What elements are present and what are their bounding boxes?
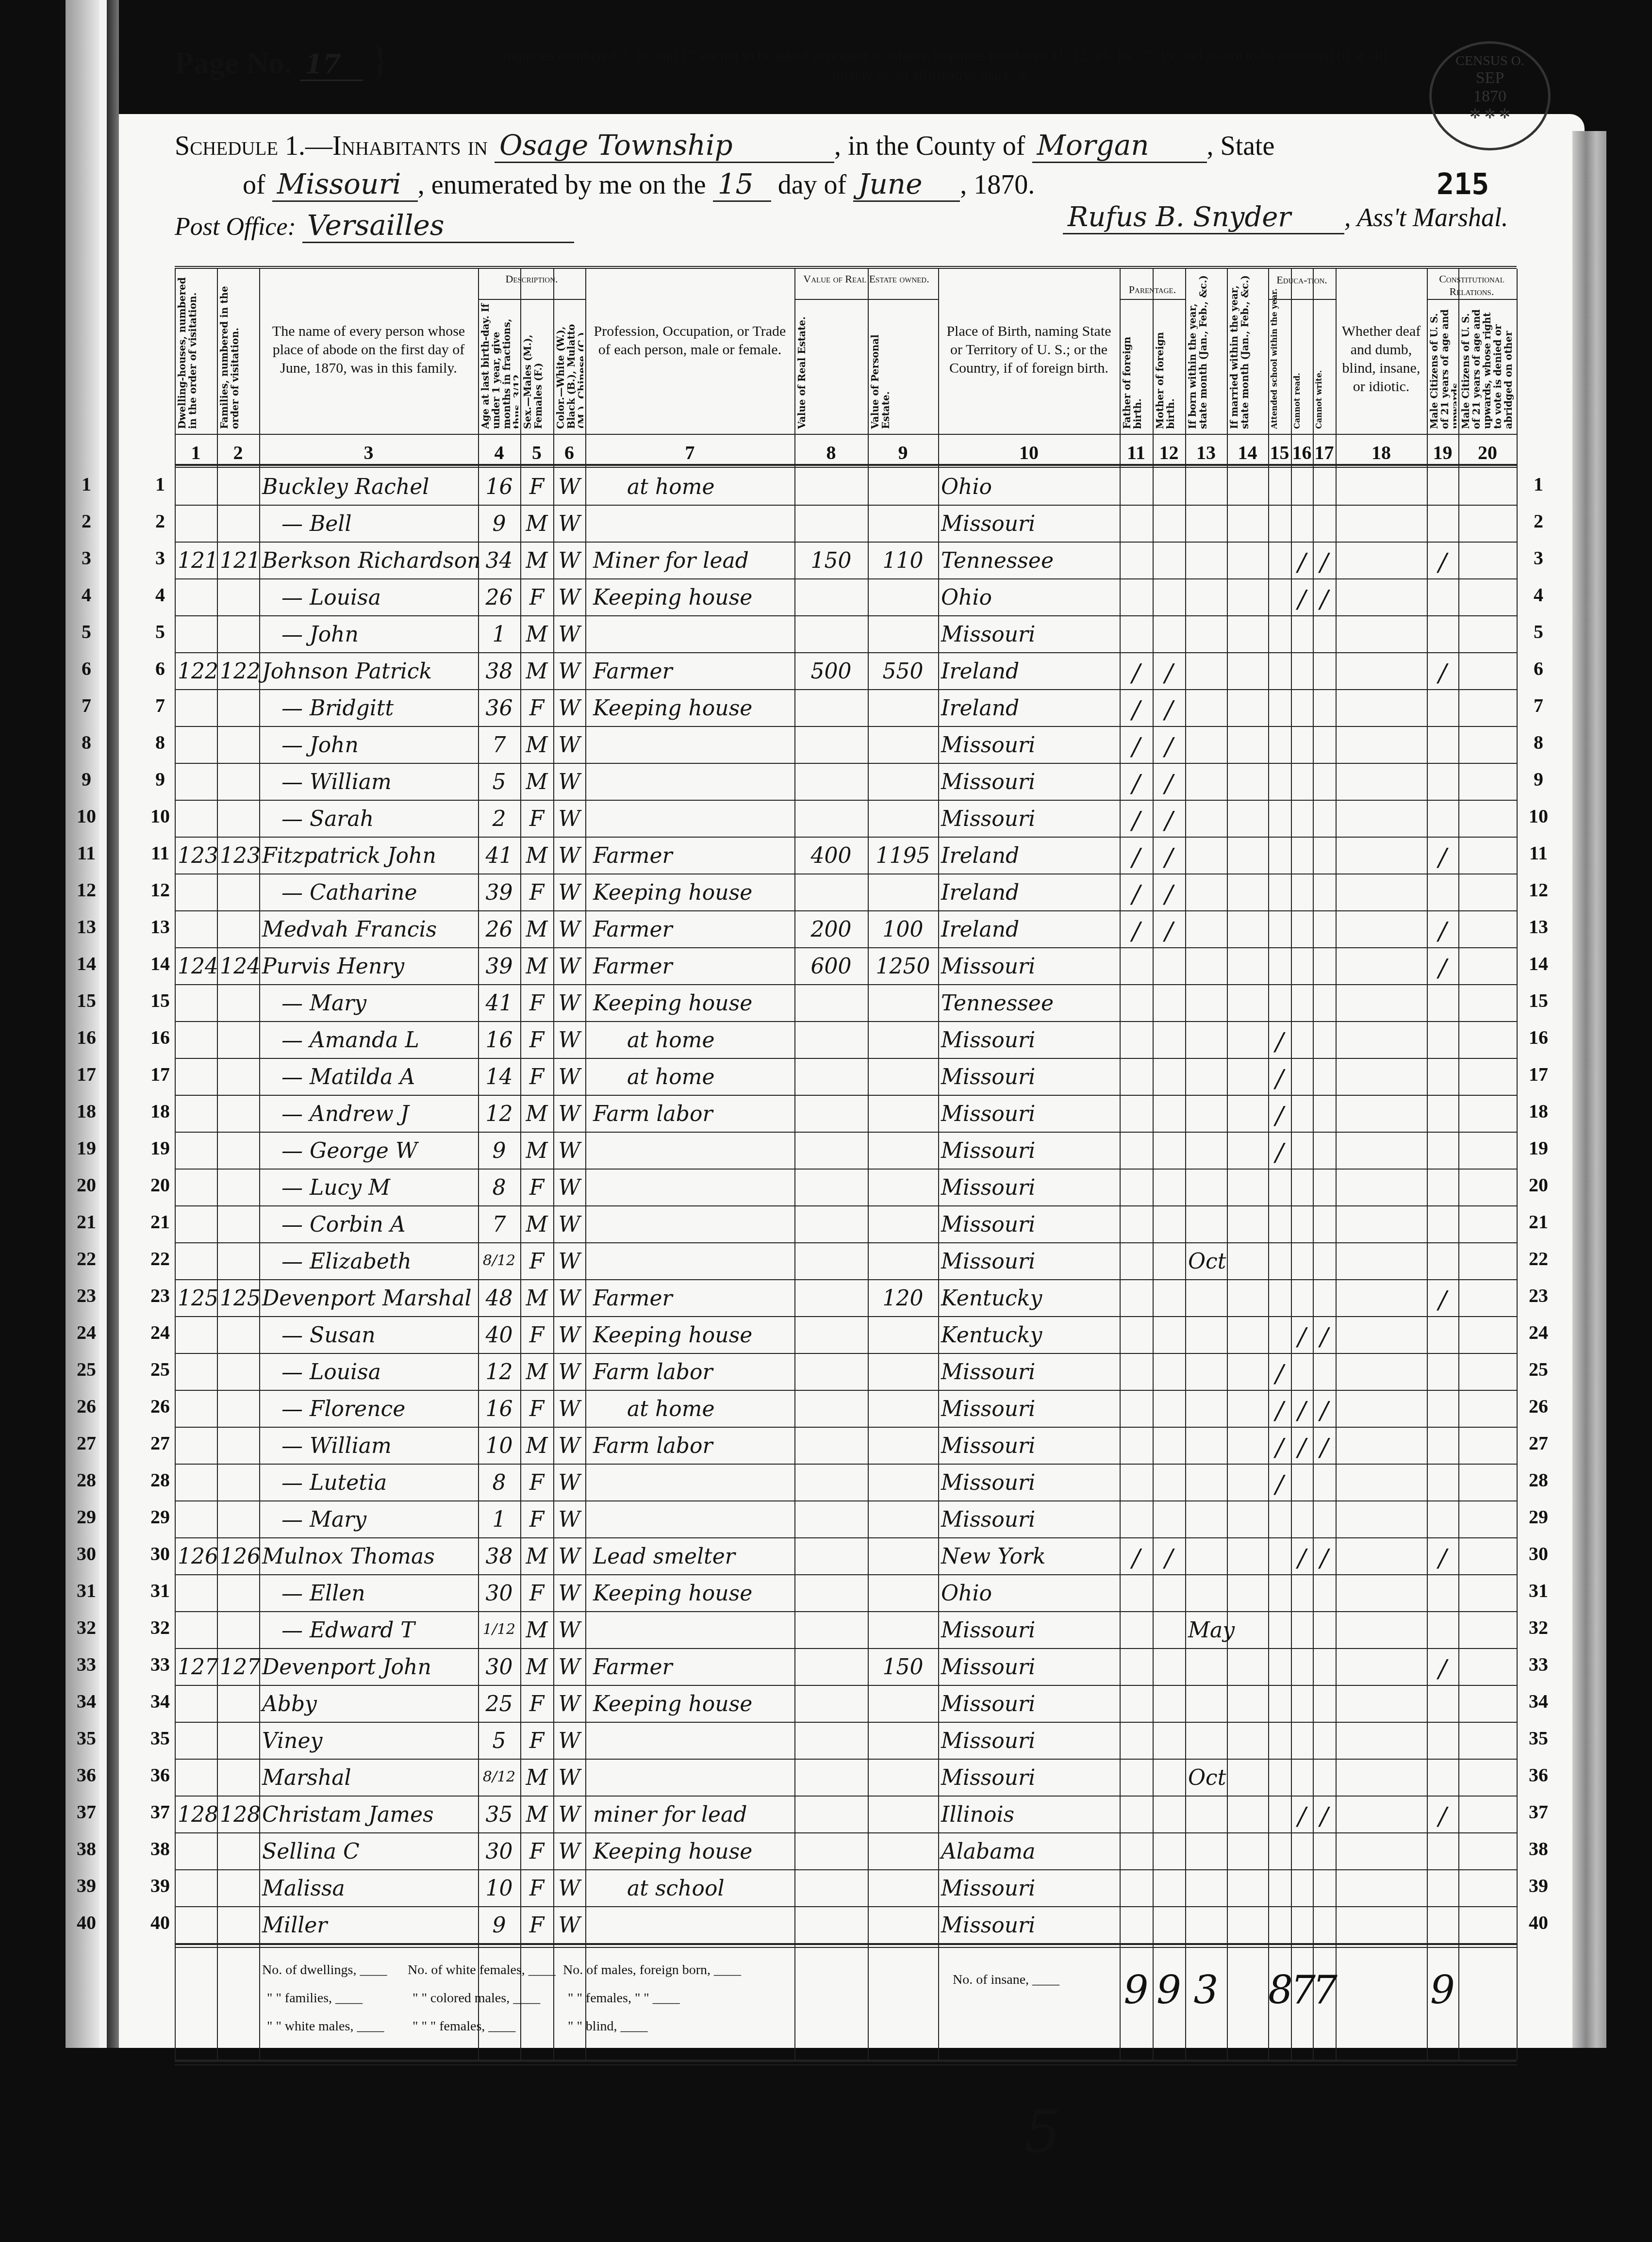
cell-name: Abby	[262, 1692, 475, 1716]
cell-age: 40	[481, 1323, 517, 1348]
cell-sex: M	[523, 917, 550, 942]
column-header-12: Mother of foreign birth.	[1155, 303, 1183, 429]
group-rule	[1427, 299, 1517, 300]
header-rule	[175, 467, 1517, 468]
row-rule	[175, 1464, 1517, 1465]
column-rule	[1153, 269, 1154, 2060]
cell-color: W	[556, 1212, 582, 1237]
line-number-strip: 18	[72, 1100, 101, 1122]
line-number-strip: 23	[72, 1284, 101, 1307]
line-number-left: 4	[146, 583, 175, 606]
cell-c19: /	[1430, 1655, 1455, 1683]
line-number-strip: 15	[72, 989, 101, 1012]
line-number-strip: 21	[72, 1210, 101, 1233]
column-rule	[868, 269, 869, 2060]
column-rule	[1336, 269, 1337, 2060]
cell-birthplace: Missouri	[941, 1913, 1117, 1938]
cell-family: 125	[220, 1286, 256, 1311]
cell-c11: /	[1123, 1544, 1150, 1572]
line-number-right: 13	[1524, 915, 1553, 938]
line-number-left: 40	[146, 1911, 175, 1934]
line-number-right: 16	[1524, 1026, 1553, 1049]
tally-c12: 9	[1153, 1967, 1185, 2012]
line-number-strip: 26	[72, 1395, 101, 1418]
cell-occupation: Farmer	[588, 843, 796, 868]
cell-color: W	[556, 1434, 582, 1458]
cell-birthplace: Missouri	[941, 1470, 1117, 1495]
column-number: 18	[1336, 441, 1427, 464]
line-number-right: 18	[1524, 1100, 1553, 1122]
cell-color: W	[556, 475, 582, 499]
cell-age: 36	[481, 696, 517, 721]
cell-c19: /	[1430, 1544, 1455, 1572]
cell-c16: /	[1294, 1323, 1310, 1351]
tally-c11: 9	[1120, 1967, 1153, 2012]
cell-c11: /	[1123, 843, 1150, 872]
cell-occupation: Keeping house	[588, 1581, 796, 1606]
cell-birthplace: Missouri	[941, 1102, 1117, 1126]
cell-dwelling: 126	[178, 1544, 214, 1569]
cell-name: — Matilda A	[262, 1065, 495, 1089]
cell-sex: M	[523, 1286, 550, 1311]
cell-birthplace: Missouri	[941, 1692, 1117, 1716]
cell-age: 10	[481, 1434, 517, 1458]
cell-occupation: Farmer	[588, 954, 796, 979]
row-rule	[175, 1242, 1517, 1243]
cell-c15: /	[1271, 1028, 1288, 1056]
cell-occupation: Keeping house	[588, 991, 796, 1016]
cell-age: 5	[481, 1729, 517, 1753]
row-rule	[175, 1132, 1517, 1133]
cell-color: W	[556, 1839, 582, 1864]
column-rule	[1517, 269, 1518, 2060]
cell-name: — William	[262, 770, 495, 794]
column-header-16: Cannot read.	[1293, 274, 1311, 429]
line-number-left: 6	[146, 657, 175, 680]
cell-birthplace: Ohio	[941, 585, 1117, 610]
cell-occupation: Lead smelter	[588, 1544, 796, 1569]
cell-c12: /	[1156, 807, 1182, 835]
footer-families-label: " " families, ____	[267, 1991, 363, 2006]
column-number: 19	[1427, 441, 1458, 464]
line-number-right: 19	[1524, 1137, 1553, 1159]
census-office-stamp: CENSUS O. SEP 1870 ✲ ✲ ✲	[1429, 41, 1551, 150]
cell-c15: /	[1271, 1434, 1288, 1462]
line-number-strip: 28	[72, 1468, 101, 1491]
cell-name: Malissa	[262, 1876, 475, 1901]
line-number-strip: 19	[72, 1137, 101, 1159]
cell-color: W	[556, 733, 582, 758]
cell-color: W	[556, 1065, 582, 1089]
line-number-left: 14	[146, 952, 175, 975]
cell-birthplace: Ireland	[941, 917, 1117, 942]
column-rule	[1185, 269, 1186, 2060]
row-rule	[175, 1537, 1517, 1538]
line-number-left: 17	[146, 1063, 175, 1086]
column-rule	[1427, 269, 1428, 2060]
group-heading-description: Description.	[478, 273, 585, 285]
row-rule	[175, 763, 1517, 764]
column-header-10: Place of Birth, naming State or Territor…	[943, 322, 1115, 378]
line-number-right: 24	[1524, 1321, 1553, 1344]
cell-c12: /	[1156, 733, 1182, 761]
cell-personal: 110	[871, 548, 935, 573]
line-number-left: 28	[146, 1468, 175, 1491]
cell-age: 10	[481, 1876, 517, 1901]
cell-family: 122	[220, 659, 256, 684]
cell-name: — Corbin A	[262, 1212, 495, 1237]
cell-birthplace: Alabama	[941, 1839, 1117, 1864]
cell-occupation: Miner for lead	[588, 548, 796, 573]
line-number-left: 1	[146, 473, 175, 495]
cell-color: W	[556, 511, 582, 536]
cell-age: 9	[481, 1913, 517, 1938]
cell-name: — William	[262, 1434, 495, 1458]
cell-name: — Catharine	[262, 880, 495, 905]
column-header-15: Attended school within the year.	[1270, 274, 1289, 429]
row-rule	[175, 1832, 1517, 1833]
column-header-14: If married within the year, state month …	[1229, 274, 1266, 429]
cell-color: W	[556, 1286, 582, 1311]
cell-c16: /	[1294, 1397, 1310, 1425]
line-number-right: 5	[1524, 620, 1553, 643]
line-number-left: 35	[146, 1727, 175, 1749]
cell-birthplace: Ohio	[941, 1581, 1117, 1606]
cell-age: 12	[481, 1102, 517, 1126]
cell-birthplace: Ireland	[941, 696, 1117, 721]
cell-age: 48	[481, 1286, 517, 1311]
cell-sex: M	[523, 1655, 550, 1680]
footer-foreign-females-label: " " females, " " ____	[568, 1991, 680, 2006]
footer-rule	[175, 2064, 1517, 2065]
row-rule	[175, 984, 1517, 985]
line-number-left: 25	[146, 1358, 175, 1381]
line-number-right: 15	[1524, 989, 1553, 1012]
cell-occupation: miner for lead	[588, 1802, 796, 1827]
instructions: ☞ Inquiries numbered 7, 16, and 17 are n…	[403, 46, 1470, 85]
cell-name: Viney	[262, 1729, 475, 1753]
row-rule	[175, 874, 1517, 874]
line-number-left: 37	[146, 1800, 175, 1823]
cell-c19: /	[1430, 1802, 1455, 1830]
day-field: 15	[713, 167, 771, 202]
column-number: 5	[520, 441, 553, 464]
line-number-left: 27	[146, 1432, 175, 1454]
cell-c17: /	[1316, 585, 1333, 613]
cell-birthplace: Missouri	[941, 770, 1117, 794]
row-rule	[175, 947, 1517, 948]
cell-occupation: Keeping house	[588, 880, 796, 905]
cell-age: 9	[481, 1138, 517, 1163]
row-rule	[175, 615, 1517, 616]
cell-c19: /	[1430, 548, 1455, 577]
line-number-right: 22	[1524, 1247, 1553, 1270]
cell-birthplace: Tennessee	[941, 548, 1117, 573]
line-number-right: 7	[1524, 694, 1553, 717]
cell-birthplace: Ireland	[941, 659, 1117, 684]
cell-occupation: Farmer	[588, 1655, 796, 1680]
column-number: 10	[938, 441, 1120, 464]
header-rule	[175, 464, 1517, 466]
cell-name: Miller	[262, 1913, 475, 1938]
cell-dwelling: 122	[178, 659, 214, 684]
cell-age: 34	[481, 548, 517, 573]
cell-c19: /	[1430, 1286, 1455, 1314]
cell-name: Buckley Rachel	[262, 475, 475, 499]
line-number-right: 6	[1524, 657, 1553, 680]
line-number-left: 15	[146, 989, 175, 1012]
cell-sex: F	[523, 585, 550, 610]
cell-color: W	[556, 585, 582, 610]
line-number-right: 28	[1524, 1468, 1553, 1491]
line-number-strip: 32	[72, 1616, 101, 1639]
cell-c15: /	[1271, 1360, 1288, 1388]
cell-color: W	[556, 1323, 582, 1348]
cell-c16: /	[1294, 1544, 1310, 1572]
cell-birthplace: Missouri	[941, 1765, 1117, 1790]
cell-age: 16	[481, 1397, 517, 1421]
marshal-signature-line: Rufus B. Snyder, Ass't Marshal.	[1063, 201, 1508, 234]
row-rule	[175, 837, 1517, 838]
cell-birthplace: Missouri	[941, 622, 1117, 647]
column-number: 8	[794, 441, 868, 464]
cell-sex: F	[523, 880, 550, 905]
line-number-right: 35	[1524, 1727, 1553, 1749]
column-rule	[478, 269, 479, 2060]
row-rule	[175, 578, 1517, 579]
page-number-value: 17	[300, 49, 363, 81]
footer-foreign-males-label: No. of males, foreign born, ____	[563, 1962, 741, 1978]
group-rule	[1120, 299, 1185, 300]
cell-birthplace: Illinois	[941, 1802, 1117, 1827]
county-field: Morgan	[1032, 129, 1207, 163]
row-rule	[175, 1316, 1517, 1317]
line-number-strip: 22	[72, 1247, 101, 1270]
cell-c12: /	[1156, 696, 1182, 724]
cell-sex: M	[523, 622, 550, 647]
row-rule	[175, 1869, 1517, 1870]
cell-c15: /	[1271, 1138, 1288, 1167]
tally-c16: 7	[1291, 1967, 1313, 2012]
line-number-left: 12	[146, 878, 175, 901]
cell-sex: F	[523, 1470, 550, 1495]
cell-color: W	[556, 1138, 582, 1163]
line-number-right: 36	[1524, 1764, 1553, 1786]
column-rule	[1458, 269, 1459, 2060]
cell-sex: F	[523, 1876, 550, 1901]
line-number-strip: 29	[72, 1505, 101, 1528]
cell-occupation: at home	[588, 1397, 830, 1421]
line-number-strip: 2	[72, 510, 101, 532]
cell-birthplace: Missouri	[941, 1249, 1117, 1274]
cell-name: — Ellen	[262, 1581, 495, 1606]
cell-birthplace: Kentucky	[941, 1323, 1117, 1348]
cell-sex: F	[523, 1249, 550, 1274]
row-rule	[175, 726, 1517, 727]
group-heading-parentage: Parentage.	[1120, 283, 1185, 296]
cell-name: — Amanda L	[262, 1028, 495, 1053]
enumeration-line: of Missouri, enumerated by me on the 15 …	[243, 167, 1035, 202]
column-rule	[175, 269, 176, 2060]
cell-real: 200	[797, 917, 865, 942]
column-header-8: Value of Real Estate.	[796, 303, 866, 429]
cell-sex: F	[523, 1581, 550, 1606]
row-rule	[175, 1427, 1517, 1428]
cell-dwelling: 123	[178, 843, 214, 868]
cell-name: Mulnox Thomas	[262, 1544, 475, 1569]
row-rule	[175, 1722, 1517, 1723]
line-number-right: 34	[1524, 1690, 1553, 1713]
cell-sex: M	[523, 1212, 550, 1237]
cell-name: — John	[262, 733, 495, 758]
column-header-4: Age at last birth-day. If under 1 year, …	[480, 303, 518, 429]
cell-name: Christam James	[262, 1802, 475, 1827]
cell-name: — John	[262, 622, 495, 647]
line-number-strip: 35	[72, 1727, 101, 1749]
cell-real: 600	[797, 954, 865, 979]
cell-sex: F	[523, 1507, 550, 1532]
cell-age: 16	[481, 475, 517, 499]
cell-sex: F	[523, 1729, 550, 1753]
cell-color: W	[556, 991, 582, 1016]
column-number: 11	[1120, 441, 1153, 464]
line-number-right: 8	[1524, 731, 1553, 754]
cell-sex: M	[523, 1765, 550, 1790]
cell-color: W	[556, 1692, 582, 1716]
column-header-6: Color.—White (W.), Black (B.), Mulatto (…	[555, 303, 583, 429]
line-number-strip: 31	[72, 1579, 101, 1602]
cell-sex: F	[523, 1692, 550, 1716]
column-rule	[1120, 269, 1121, 2060]
cell-color: W	[556, 1802, 582, 1827]
cell-color: W	[556, 1581, 582, 1606]
row-rule	[175, 1279, 1517, 1280]
line-number-left: 21	[146, 1210, 175, 1233]
tally-c15: 8	[1268, 1967, 1291, 2012]
row-rule	[175, 1353, 1517, 1354]
margin-note: 5	[1024, 2098, 1061, 2166]
line-number-right: 23	[1524, 1284, 1553, 1307]
cell-real: 400	[797, 843, 865, 868]
line-number-strip: 40	[72, 1911, 101, 1934]
cell-occupation: at school	[588, 1876, 830, 1901]
line-number-strip: 1	[72, 473, 101, 495]
line-number-left: 19	[146, 1137, 175, 1159]
cell-age: 1/12	[481, 1621, 517, 1638]
header-rule	[175, 434, 1517, 435]
line-number-left: 36	[146, 1764, 175, 1786]
cell-birthplace: Missouri	[941, 1065, 1117, 1089]
cell-birthplace: Ohio	[941, 475, 1117, 499]
cell-name: Fitzpatrick John	[262, 843, 475, 868]
cell-occupation: Farmer	[588, 659, 796, 684]
cell-family: 126	[220, 1544, 256, 1569]
cell-family: 121	[220, 548, 256, 573]
cell-name: Purvis Henry	[262, 954, 475, 979]
line-number-right: 40	[1524, 1911, 1553, 1934]
footer-white-females-label: No. of white females, ____	[408, 1962, 556, 1978]
cell-age: 7	[481, 1212, 517, 1237]
column-number: 17	[1313, 441, 1336, 464]
cell-name: Devenport John	[262, 1655, 475, 1680]
cell-color: W	[556, 954, 582, 979]
cell-sex: M	[523, 1360, 550, 1385]
cell-c11: /	[1123, 807, 1150, 835]
line-number-right: 27	[1524, 1432, 1553, 1454]
line-number-right: 39	[1524, 1874, 1553, 1897]
cell-age: 25	[481, 1692, 517, 1716]
footer-white-males-label: " " white males, ____	[267, 2019, 384, 2034]
page-stack-edge	[1572, 131, 1606, 2048]
cell-sex: M	[523, 1544, 550, 1569]
column-rule	[259, 269, 260, 2060]
cell-age: 16	[481, 1028, 517, 1053]
cell-name: — Lucy M	[262, 1175, 495, 1200]
row-rule	[175, 1759, 1517, 1760]
row-rule	[175, 1611, 1517, 1612]
cell-color: W	[556, 1102, 582, 1126]
cell-birthplace: Missouri	[941, 511, 1117, 536]
line-number-strip: 12	[72, 878, 101, 901]
column-number: 16	[1291, 441, 1313, 464]
cell-name: — Elizabeth	[262, 1249, 495, 1274]
line-number-right: 33	[1524, 1653, 1553, 1676]
cell-name: — Mary	[262, 1507, 495, 1532]
line-number-left: 2	[146, 510, 175, 532]
column-number: 13	[1185, 441, 1227, 464]
cell-c11: /	[1123, 770, 1150, 798]
line-number-right: 21	[1524, 1210, 1553, 1233]
cell-age: 26	[481, 917, 517, 942]
column-rule	[217, 269, 218, 2060]
marshal-signature: Rufus B. Snyder	[1063, 201, 1344, 234]
line-number-right: 9	[1524, 768, 1553, 791]
line-number-right: 10	[1524, 805, 1553, 827]
cell-age: 12	[481, 1360, 517, 1385]
column-header-2: Families, numbered in the order of visit…	[219, 274, 257, 429]
cell-occupation: Keeping house	[588, 1839, 796, 1864]
cell-c12: /	[1156, 880, 1182, 908]
cell-birthplace: Missouri	[941, 1729, 1117, 1753]
cell-dwelling: 125	[178, 1286, 214, 1311]
line-number-right: 26	[1524, 1395, 1553, 1418]
sheet-number: 215	[1437, 167, 1489, 201]
column-number: 1	[175, 441, 217, 464]
cell-birthplace: Ireland	[941, 843, 1117, 868]
tally-c17: 7	[1313, 1967, 1336, 2012]
cell-birthplace: Missouri	[941, 807, 1117, 831]
line-number-left: 9	[146, 768, 175, 791]
cell-color: W	[556, 1618, 582, 1643]
cell-sex: F	[523, 1065, 550, 1089]
cell-occupation: Farmer	[588, 917, 796, 942]
row-rule	[175, 1685, 1517, 1686]
line-number-strip: 7	[72, 694, 101, 717]
line-number-right: 1	[1524, 473, 1553, 495]
row-rule	[175, 1169, 1517, 1170]
cell-occupation: at home	[588, 1065, 830, 1089]
line-number-strip: 27	[72, 1432, 101, 1454]
cell-color: W	[556, 1028, 582, 1053]
cell-c19: /	[1430, 843, 1455, 872]
cell-name: — Edward T	[262, 1618, 495, 1643]
cell-age: 8	[481, 1470, 517, 1495]
line-number-right: 20	[1524, 1173, 1553, 1196]
cell-color: W	[556, 1544, 582, 1569]
cell-name: — Mary	[262, 991, 495, 1016]
line-number-right: 25	[1524, 1358, 1553, 1381]
cell-c17: /	[1316, 1544, 1333, 1572]
